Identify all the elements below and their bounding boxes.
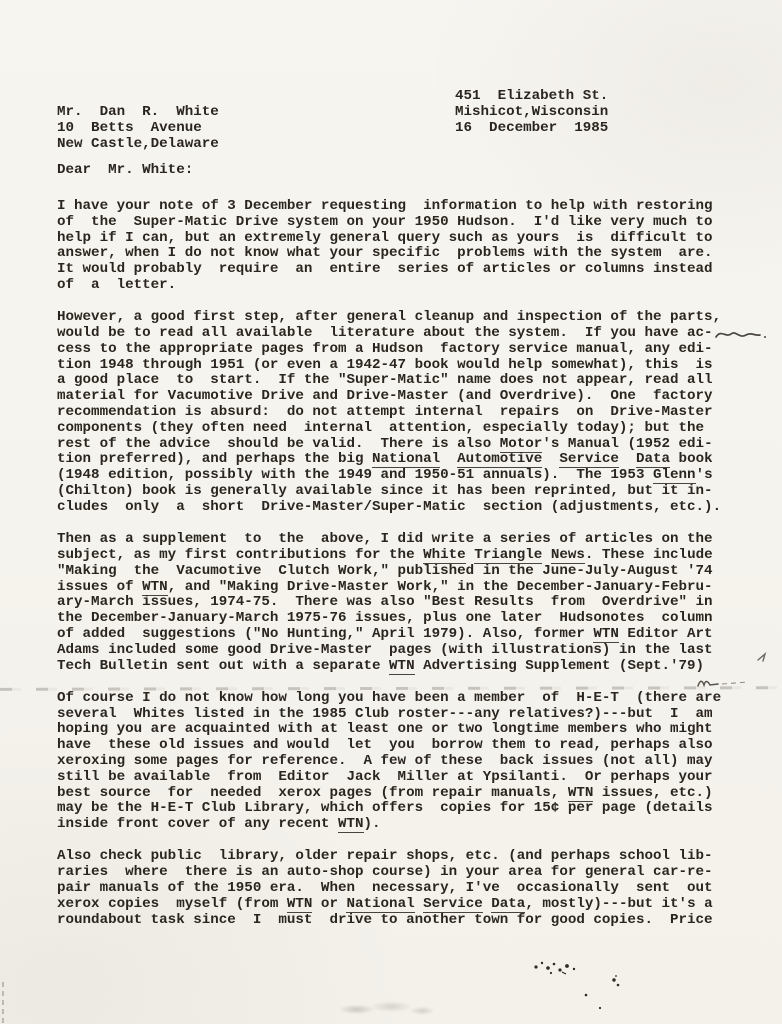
underlined-text: Triangle [474, 547, 542, 564]
underlined-text: Service [559, 451, 619, 468]
left-edge-mark [2, 982, 4, 1024]
underlined-text: WTN [389, 658, 415, 675]
typed-line: Of course I do not know how long you hav… [57, 691, 752, 707]
typed-line: 10 Betts Avenue [57, 121, 219, 137]
underlined-text: WTN [142, 579, 168, 596]
typed-line: Also check public library, older repair … [57, 849, 752, 865]
typed-line: issues of WTN, and "Making Drive-Master … [57, 580, 752, 596]
typed-line: hoping you are acquainted with at least … [57, 722, 752, 738]
letter-paragraph-4: Of course I do not know how long you hav… [57, 691, 752, 833]
typed-line: have these old issues and would let you … [57, 738, 752, 754]
typed-line: New Castle,Delaware [57, 137, 219, 153]
underlined-text: WTN [568, 785, 594, 802]
typed-line: a good place to start. If the "Super-Mat… [57, 373, 752, 389]
typed-line: would be to read all available literatur… [57, 326, 752, 342]
typed-line: xerox copies myself (from WTN or Nationa… [57, 897, 752, 913]
typed-line: cess to the appropriate pages from a Hud… [57, 342, 752, 358]
faint-ink-smudge [328, 994, 443, 1022]
letter-page: 451 Elizabeth St.Mishicot,Wisconsin16 De… [0, 0, 782, 1024]
typed-line: ary-March issues, 1974-75. There was als… [57, 595, 752, 611]
underlined-text: Data [636, 451, 670, 468]
typed-line: may be the H-E-T Club Library, which off… [57, 801, 752, 817]
typed-line: the December-January-March 1975-76 issue… [57, 611, 752, 627]
typed-line: recommendation is absurd: do not attempt… [57, 405, 752, 421]
letter-paragraph-3: Then as a supplement to the above, I did… [57, 532, 752, 674]
underlined-text: Data [491, 896, 525, 913]
letter-body: I have your note of 3 December requestin… [57, 199, 752, 928]
typed-line: Then as a supplement to the above, I did… [57, 532, 752, 548]
typed-line: tion 1948 through 1951 (or even a 1942-4… [57, 358, 752, 374]
typed-line: components (they often need internal att… [57, 421, 752, 437]
typed-line: rest of the advice should be valid. Ther… [57, 437, 752, 453]
typed-line: cludes only a short Drive-Master/Super-M… [57, 500, 752, 516]
typed-line: still be available from Editor Jack Mill… [57, 770, 752, 786]
typed-line: Mishicot,Wisconsin [455, 105, 608, 121]
underlined-text: Service [423, 896, 483, 913]
underlined-text: National [372, 451, 440, 468]
letter-paragraph-2: However, a good first step, after genera… [57, 310, 752, 515]
pencil-scribble-mark [690, 646, 780, 694]
typed-line: raries where there is an auto-shop cours… [57, 865, 752, 881]
typed-line: material for Vacumotive Drive and Drive-… [57, 389, 752, 405]
typed-line: of added suggestions ("No Hunting," Apri… [57, 627, 752, 643]
typed-line: "Making the Vacumotive Clutch Work," pub… [57, 564, 752, 580]
typed-line: Tech Bulletin sent out with a separate W… [57, 659, 752, 675]
underlined-text: Automotive [457, 451, 542, 468]
typed-line: several Whites listed in the 1985 Club r… [57, 707, 752, 723]
typed-line: pair manuals of the 1950 era. When neces… [57, 881, 752, 897]
typed-line: of the Super-Matic Drive system on your … [57, 215, 752, 231]
typed-line: roundabout task since I must drive to an… [57, 913, 752, 929]
typed-line: subject, as my first contributions for t… [57, 548, 752, 564]
sender-address: 451 Elizabeth St.Mishicot,Wisconsin16 De… [455, 89, 608, 136]
typed-line: help if I can, but an extremely general … [57, 231, 752, 247]
underlined-text: Motor [500, 436, 543, 453]
salutation: Dear Mr. White: [57, 162, 193, 178]
typed-line: I have your note of 3 December requestin… [57, 199, 752, 215]
letter-paragraph-1: I have your note of 3 December requestin… [57, 199, 752, 294]
typed-line: best source for needed xerox pages (from… [57, 786, 752, 802]
underlined-text: Glenn [653, 467, 696, 484]
typed-line: 16 December 1985 [455, 121, 608, 137]
typed-line: (1948 edition, possibly with the 1949 an… [57, 468, 752, 484]
typed-line: answer, when I do not know what your spe… [57, 246, 752, 262]
typed-line: 451 Elizabeth St. [455, 89, 608, 105]
typed-line: tion preferred), and perhaps the big Nat… [57, 452, 752, 468]
underlined-text: WTN [287, 896, 313, 913]
underlined-text: News [551, 547, 585, 564]
ink-speckle-cluster [522, 950, 652, 1016]
typed-line: However, a good first step, after genera… [57, 310, 752, 326]
typed-line: xeroxing some pages for reference. A few… [57, 754, 752, 770]
underlined-text: National [346, 896, 414, 913]
underlined-text: WTN [338, 816, 364, 833]
typed-line: of a letter. [57, 278, 752, 294]
typed-line: Mr. Dan R. White [57, 105, 219, 121]
typed-line: (Chilton) book is generally available si… [57, 484, 752, 500]
typed-line: inside front cover of any recent WTN). [57, 817, 752, 833]
typed-line: It would probably require an entire seri… [57, 262, 752, 278]
typed-line: Adams included some good Drive-Master pa… [57, 643, 752, 659]
recipient-address: Mr. Dan R. White10 Betts AvenueNew Castl… [57, 105, 219, 152]
underlined-text: White [423, 547, 466, 564]
letter-paragraph-5: Also check public library, older repair … [57, 849, 752, 928]
handwritten-squiggle-mark [713, 325, 769, 345]
underlined-text: WTN [593, 626, 619, 643]
